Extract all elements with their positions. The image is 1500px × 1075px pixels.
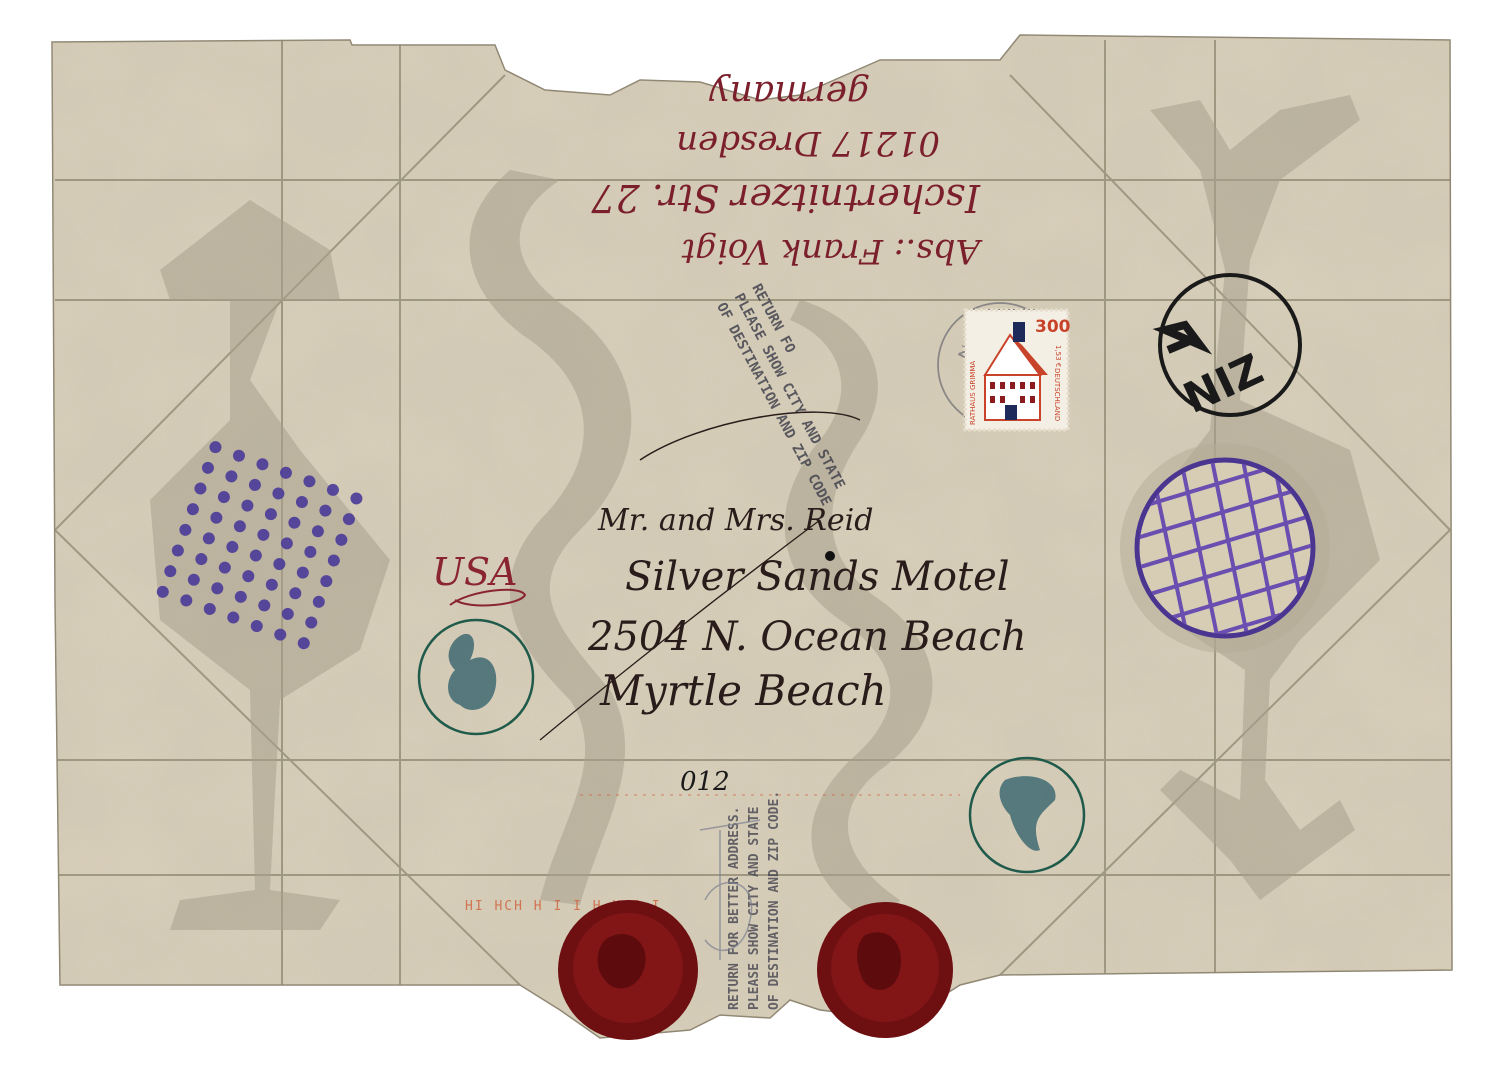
recipient-line3: 2504 N. Ocean Beach	[587, 614, 1027, 660]
recipient-line1: Mr. and Mrs. Reid	[597, 503, 873, 538]
wax-seal-left	[558, 900, 698, 1040]
stamp-country: DEUTSCHLAND	[1053, 368, 1061, 421]
return-stamp-2-line1: RETURN FOR BETTER ADDRESS.	[727, 807, 742, 1011]
envelope-illustration: Abs.: Frank Voigt Ischertnitzer Str. 27 …	[0, 0, 1500, 1075]
postage-stamp: 300 1,53 € DEUTSCHLAND RATHAUS GRIMMA	[965, 310, 1071, 430]
return-stamp-2-line3: OF DESTINATION AND ZIP CODE.	[767, 791, 782, 1010]
sender-line4: germany	[709, 73, 870, 114]
wax-seal-right	[817, 902, 953, 1038]
recipient-line2: Silver Sands Motel	[625, 554, 1010, 600]
sender-line3: 01217 Dresden	[676, 123, 940, 163]
mail-art-envelope-photo: Abs.: Frank Voigt Ischertnitzer Str. 27 …	[0, 0, 1500, 1075]
country-note-text: USA	[432, 550, 518, 594]
return-stamp-2-line2: PLEASE SHOW CITY AND STATE	[747, 807, 762, 1011]
number-note: 012	[680, 767, 730, 797]
sender-line2: Ischertnitzer Str. 27	[591, 176, 981, 220]
stamp-value: 300	[1035, 317, 1071, 337]
stamp-motif: RATHAUS GRIMMA	[969, 361, 977, 425]
sender-line1: Abs.: Frank Voigt	[681, 231, 983, 271]
recipient-line4: Myrtle Beach	[599, 666, 887, 715]
stamp-euro: 1,53 €	[1054, 345, 1062, 367]
